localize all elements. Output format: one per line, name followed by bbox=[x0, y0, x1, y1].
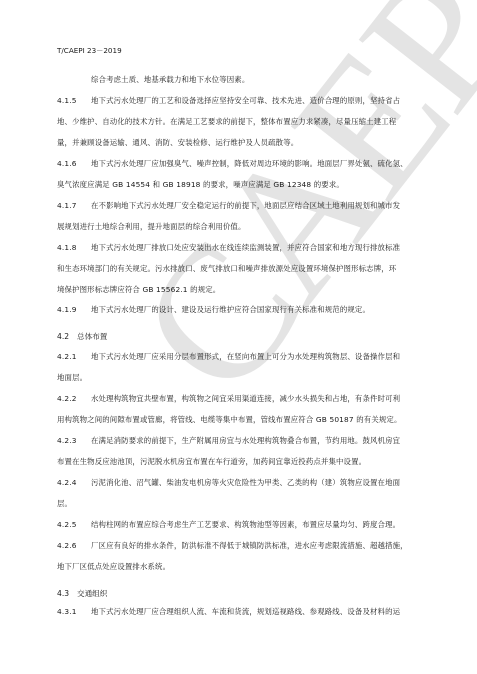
paragraph-line: 臭气浓度应满足 GB 14554 和 GB 18918 的要求，噪声应满足 GB… bbox=[57, 180, 344, 189]
clause-4-1-9: 4.1.9地下式污水处理厂的设计、建设及运行维护应符合国家现行有关标准和规范的规… bbox=[57, 305, 370, 314]
clause-4-1-8: 4.1.8地下式污水处理厂排放口处应安装出水在线连续监测装置，并应符合国家和地方… bbox=[57, 243, 400, 252]
paragraph-line: 境保护图形标志牌应符合 GB 15562.1 的规定。 bbox=[57, 285, 220, 294]
paragraph-line: 量，并兼顾设备运输、通风、消防、安装检修、运行维护及人员疏散等。 bbox=[57, 138, 298, 147]
paragraph-line: 和生态环境部门的有关规定。污水排放口、废气排放口和噪声排放源处应设置环境保护图形… bbox=[57, 264, 396, 273]
section-heading-4-2: 4.2总体布置 bbox=[57, 331, 107, 342]
paragraph-line: 层。 bbox=[57, 499, 72, 508]
clause-4-3-1: 4.3.1地下式污水处理厂应合理组织人流、车流和货流，规划巡视路线、参观路线、设… bbox=[57, 607, 400, 616]
clause-4-2-4: 4.2.4污泥消化池、沼气罐、柴油发电机房等火灾危险性为甲类、乙类的构（建）筑物… bbox=[57, 478, 400, 487]
clause-4-1-6: 4.1.6地下式污水处理厂应加强臭气、噪声控制，降低对周边环境的影响。地面层厂界… bbox=[57, 159, 408, 168]
paragraph-line: 用构筑物之间的间隙布置或管廊，将管线、电缆等集中布置，管线布置应符合 GB 50… bbox=[57, 415, 402, 424]
paragraph-line: 综合考虑土质、地基承载力和地下水位等因素。 bbox=[57, 75, 249, 84]
paragraph-line: 地面层。 bbox=[57, 373, 87, 382]
clause-4-2-1: 4.2.1地下式污水处理厂应采用分层布置形式，在竖向布置上可分为水处理构筑物层、… bbox=[57, 352, 400, 361]
watermark: CAEPI bbox=[95, 0, 477, 434]
document-page: CAEPI T/CAEPI 23－2019 综合考虑土质、地基承载力和地下水位等… bbox=[0, 0, 477, 674]
clause-4-2-3: 4.2.3在满足消防要求的前提下，生产附属用房宜与水处理构筑物叠合布置，节约用地… bbox=[57, 436, 400, 445]
clause-4-2-5: 4.2.5结构柱网的布置应综合考虑生产工艺要求、构筑物池型等因素，布置应尽量均匀… bbox=[57, 520, 400, 529]
paragraph-line: 地、少维护、自动化的技术方针。在满足工艺要求的前提下，整体布置应力求紧凑，尽量压… bbox=[57, 117, 396, 126]
clause-4-1-5: 4.1.5地下式污水处理厂的工艺和设备选择应坚持安全可靠、技术先进、造价合理的原… bbox=[57, 96, 400, 105]
clause-4-2-2: 4.2.2水处理构筑物宜共壁布置，构筑物之间宜采用渠道连接，减少水头损失和占地，… bbox=[57, 394, 400, 403]
doc-id-header: T/CAEPI 23－2019 bbox=[57, 46, 122, 56]
paragraph-line: 布置在生物反应池池顶，污泥脱水机房宜布置在车行道旁，加药间宜靠近投药点并集中设置… bbox=[57, 457, 366, 466]
paragraph-line: 地下厂区低点处应设置排水系统。 bbox=[57, 562, 170, 571]
section-heading-4-3: 4.3交通组织 bbox=[57, 588, 107, 599]
paragraph-line: 展规划进行土地综合利用，提升地面层的综合利用价值。 bbox=[57, 222, 246, 231]
clause-4-2-6: 4.2.6厂区应有良好的排水条件，防洪标准不得低于城镇防洪标准，进水应考虑限流措… bbox=[57, 541, 408, 550]
clause-4-1-7: 4.1.7在不影响地下式污水处理厂安全稳定运行的前提下，地面层应结合区域土地利用… bbox=[57, 201, 400, 210]
